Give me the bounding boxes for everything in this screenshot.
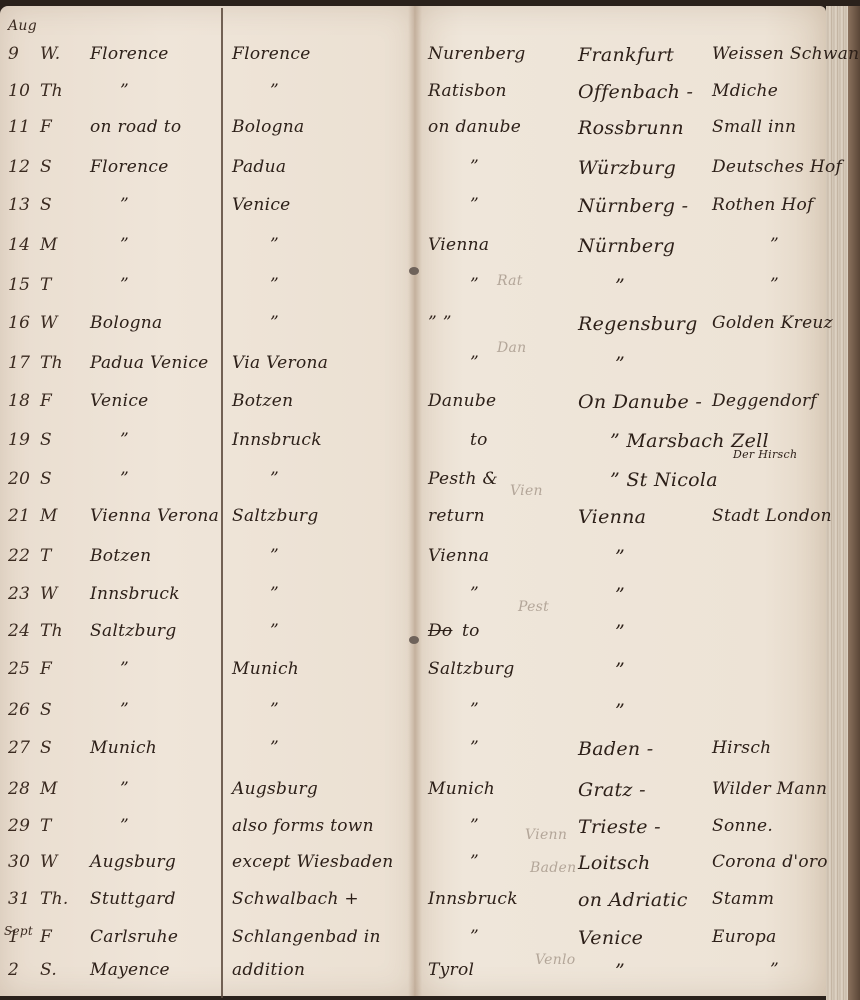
entry-place: Innsbruck — [90, 584, 180, 604]
entry-day: 9 — [8, 44, 19, 64]
entry-day: 31 — [8, 889, 30, 909]
binding-stitch — [409, 636, 419, 644]
entry-day: 23 — [8, 584, 30, 604]
pencil-note: Baden — [530, 860, 576, 876]
entry-town: Venice — [578, 927, 643, 949]
entry-route: ” — [470, 584, 479, 604]
entry-route: Vienna — [428, 235, 489, 255]
entry-weekday: S — [40, 430, 52, 450]
entry-day: 16 — [8, 313, 30, 333]
entry-place: Botzen — [90, 546, 151, 566]
entry-place: ” — [120, 81, 129, 101]
right-page — [414, 6, 826, 996]
entry-route: Pesth & — [428, 469, 498, 489]
entry-lodging: addition — [232, 960, 305, 980]
entry-place: ” — [120, 430, 129, 450]
struck-word: Do — [428, 621, 452, 641]
entry-lodging: Schlangenbad in — [232, 927, 381, 947]
entry-town: Gratz - — [578, 779, 646, 801]
entry-hotel: Sonne. — [712, 816, 773, 836]
entry-weekday: Th — [40, 81, 63, 101]
entry-day: 2 — [8, 960, 19, 980]
entry-day: 19 — [8, 430, 30, 450]
entry-place: ” — [120, 816, 129, 836]
entry-weekday: S — [40, 469, 52, 489]
entry-weekday: M — [40, 235, 58, 255]
entry-day: 15 — [8, 275, 30, 295]
entry-place: ” — [120, 469, 129, 489]
entry-weekday: S — [40, 700, 52, 720]
entry-place: ” — [120, 275, 129, 295]
pencil-note: Vienn — [525, 827, 567, 843]
entry-place: Vienna Verona — [90, 506, 219, 526]
entry-lodging: also forms town — [232, 816, 374, 836]
entry-town: on Adriatic — [578, 889, 688, 911]
entry-place: Venice — [90, 391, 149, 411]
entry-day: 1 — [8, 927, 19, 947]
entry-route: Nurenberg — [428, 44, 526, 64]
entry-hotel: Rothen Hof — [712, 195, 814, 215]
entry-hotel: Mdiche — [712, 81, 778, 101]
entry-route: Munich — [428, 779, 495, 799]
entry-place: Padua Venice — [90, 353, 209, 373]
pencil-note: Venlo — [535, 952, 576, 968]
entry-lodging: ” — [270, 621, 279, 641]
entry-day: 27 — [8, 738, 30, 758]
entry-lodging: Augsburg — [232, 779, 318, 799]
entry-day: 30 — [8, 852, 30, 872]
entry-weekday: F — [40, 391, 52, 411]
entry-town: ” — [615, 275, 625, 297]
entry-town: Nürnberg - — [578, 195, 688, 217]
entry-place: Augsburg — [90, 852, 176, 872]
entry-town: Regensburg — [578, 313, 698, 335]
entry-hotel: Wilder Mann — [712, 779, 827, 799]
entry-lodging: Venice — [232, 195, 291, 215]
entry-town: Baden - — [578, 738, 654, 760]
entry-weekday: Th — [40, 621, 63, 641]
entry-route: Saltzburg — [428, 659, 515, 679]
binding-stitch — [409, 267, 419, 275]
entry-place: Florence — [90, 44, 169, 64]
entry-lodging: Florence — [232, 44, 311, 64]
entry-weekday: S. — [40, 960, 57, 980]
column-rule — [221, 8, 223, 998]
entry-route: Innsbruck — [428, 889, 518, 909]
entry-day: 13 — [8, 195, 30, 215]
entry-hotel: ” — [770, 960, 779, 980]
entry-route: ” — [470, 157, 479, 177]
entry-hotel: Small inn — [712, 117, 796, 137]
entry-route: ” — [470, 816, 479, 836]
entry-weekday: Th — [40, 353, 63, 373]
entry-day: 25 — [8, 659, 30, 679]
page-edges — [826, 6, 860, 1000]
entry-weekday: T — [40, 816, 52, 836]
entry-day: 22 — [8, 546, 30, 566]
entry-town: ” — [615, 621, 625, 643]
left-page — [0, 6, 414, 996]
entry-lodging: except Wiesbaden — [232, 852, 393, 872]
entry-weekday: S — [40, 157, 52, 177]
pencil-note: Vien — [510, 483, 543, 499]
entry-weekday: W — [40, 584, 58, 604]
entry-place: Florence — [90, 157, 169, 177]
pencil-note: Pest — [518, 599, 549, 615]
entry-town: ” — [615, 700, 625, 722]
entry-weekday: W. — [40, 44, 61, 64]
entry-weekday: W — [40, 313, 58, 333]
entry-lodging: Saltzburg — [232, 506, 319, 526]
entry-day: 24 — [8, 621, 30, 641]
entry-lodging: Botzen — [232, 391, 293, 411]
entry-hotel: Deggendorf — [712, 391, 817, 411]
entry-weekday: M — [40, 779, 58, 799]
entry-route: Tyrol — [428, 960, 474, 980]
entry-town: Würzburg — [578, 157, 676, 179]
entry-route: ” — [470, 927, 479, 947]
entry-lodging: Via Verona — [232, 353, 328, 373]
pencil-note: Dan — [497, 340, 527, 356]
entry-town: On Danube - — [578, 391, 702, 413]
entry-route: return — [428, 506, 485, 526]
entry-town: Rossbrunn — [578, 117, 684, 139]
entry-weekday: F — [40, 659, 52, 679]
entry-day: 28 — [8, 779, 30, 799]
entry-hotel: Corona d'oro — [712, 852, 828, 872]
entry-day: 29 — [8, 816, 30, 836]
entry-route: ” — [470, 353, 479, 373]
entry-town: ” — [615, 960, 625, 982]
entry-lodging: ” — [270, 313, 279, 333]
entry-route: ” ” — [428, 313, 452, 333]
entry-weekday: F — [40, 117, 52, 137]
entry-route: to — [470, 430, 488, 450]
entry-route: ” — [470, 195, 479, 215]
entry-place: Bologna — [90, 313, 162, 333]
entry-lodging: ” — [270, 469, 279, 489]
entry-hotel: Europa — [712, 927, 777, 947]
entry-hotel: Weissen Schwan — [712, 44, 859, 64]
entry-day: 18 — [8, 391, 30, 411]
entry-hotel: Stamm — [712, 889, 774, 909]
entry-route: on danube — [428, 117, 521, 137]
entry-place: ” — [120, 779, 129, 799]
entry-day: 12 — [8, 157, 30, 177]
entry-weekday: S — [40, 195, 52, 215]
entry-place: ” — [120, 195, 129, 215]
entry-place: ” — [120, 659, 129, 679]
entry-lodging: ” — [270, 235, 279, 255]
entry-place: Saltzburg — [90, 621, 177, 641]
entry-lodging: Innsbruck — [232, 430, 322, 450]
entry-day: 10 — [8, 81, 30, 101]
entry-town: ” — [615, 584, 625, 606]
entry-day: 14 — [8, 235, 30, 255]
entry-town: Nürnberg — [578, 235, 675, 257]
entry-place: ” — [120, 700, 129, 720]
entry-place: on road to — [90, 117, 181, 137]
entry-day: 17 — [8, 353, 30, 373]
entry-lodging: Munich — [232, 659, 299, 679]
entry-day: 20 — [8, 469, 30, 489]
entry-route: ” — [470, 700, 479, 720]
entry-lodging: Padua — [232, 157, 286, 177]
entry-route: Danube — [428, 391, 496, 411]
entry-town: ” St Nicola — [610, 469, 718, 491]
entry-day: 21 — [8, 506, 30, 526]
entry-hotel: Deutsches Hof — [712, 157, 842, 177]
pencil-note: Rat — [497, 273, 523, 289]
entry-lodging: ” — [270, 738, 279, 758]
entry-town: Loitsch — [578, 852, 651, 874]
entry-route: ” — [470, 275, 479, 295]
entry-lodging: ” — [270, 81, 279, 101]
entry-town: ” Marsbach Zell — [610, 430, 769, 452]
entry-route: ” — [470, 738, 479, 758]
entry-hotel: ” — [770, 235, 779, 255]
entry-place: Carlsruhe — [90, 927, 178, 947]
entry-town: Trieste - — [578, 816, 661, 838]
entry-weekday: S — [40, 738, 52, 758]
entry-weekday: T — [40, 546, 52, 566]
entry-town: ” — [615, 659, 625, 681]
entry-place: Mayence — [90, 960, 170, 980]
entry-weekday: F — [40, 927, 52, 947]
entry-town: ” — [615, 546, 625, 568]
entry-lodging: ” — [270, 546, 279, 566]
entry-lodging: ” — [270, 584, 279, 604]
entry-day: 11 — [8, 117, 30, 137]
entry-hotel: Stadt London — [712, 506, 832, 526]
entry-hotel: ” — [770, 275, 779, 295]
entry-town: Vienna — [578, 506, 646, 528]
entry-hotel: Golden Kreuz — [712, 313, 833, 333]
entry-lodging: ” — [270, 275, 279, 295]
entry-weekday: M — [40, 506, 58, 526]
entry-route: ” — [470, 852, 479, 872]
entry-place: Munich — [90, 738, 157, 758]
entry-day: 26 — [8, 700, 30, 720]
entry-route: Ratisbon — [428, 81, 507, 101]
entry-lodging: Bologna — [232, 117, 304, 137]
entry-weekday: T — [40, 275, 52, 295]
entry-route: to — [462, 621, 480, 641]
entry-town: ” — [615, 353, 625, 375]
entry-town: Frankfurt — [578, 44, 674, 66]
open-diary: Aug Sept 9W.FlorenceFlorence10Th””11Fon … — [0, 0, 860, 1000]
month-header: Aug — [8, 18, 37, 34]
entry-weekday: Th. — [40, 889, 69, 909]
book-gutter — [408, 6, 422, 996]
entry-town: Offenbach - — [578, 81, 693, 103]
entry-lodging: Schwalbach + — [232, 889, 359, 909]
entry-lodging: ” — [270, 700, 279, 720]
entry-hotel: Hirsch — [712, 738, 771, 758]
entry-place: ” — [120, 235, 129, 255]
entry-route: Vienna — [428, 546, 489, 566]
entry-weekday: W — [40, 852, 58, 872]
entry-place: Stuttgard — [90, 889, 176, 909]
